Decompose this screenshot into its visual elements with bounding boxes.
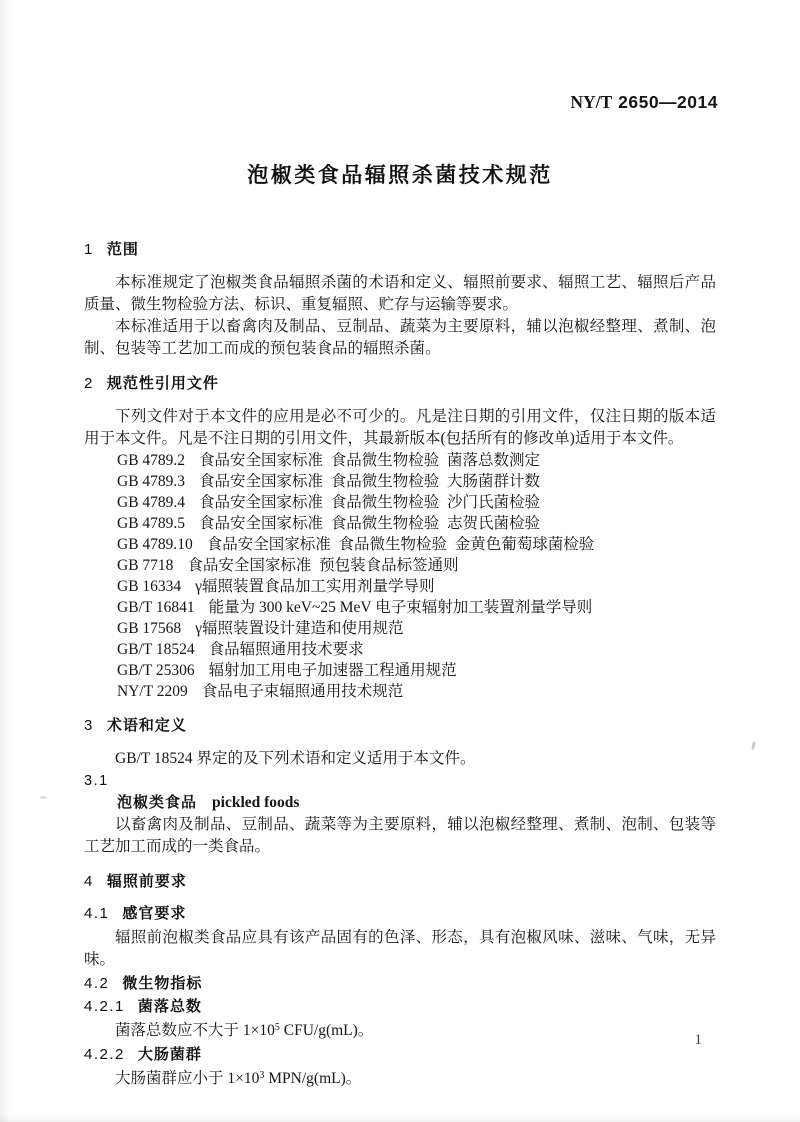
reference-title: γ辐照装置设计建造和使用规范 bbox=[195, 620, 403, 637]
reference-title: 能量为 300 keV~25 MeV 电子束辐射加工装置剂量学导则 bbox=[209, 599, 593, 616]
reference-item: GB 4789.10食品安全国家标准 食品微生物检验 金黄色葡萄球菌检验 bbox=[84, 534, 716, 555]
clause-number: 3 bbox=[84, 717, 94, 734]
reference-code: GB/T 18524 bbox=[117, 641, 195, 658]
clause-title: 规范性引用文件 bbox=[107, 375, 219, 392]
reference-code: GB/T 25306 bbox=[117, 662, 195, 679]
paragraph: 菌落总数应不大于 1×105 CFU/g(mL)。 bbox=[84, 1020, 716, 1042]
reference-code: GB/T 16841 bbox=[117, 599, 195, 616]
reference-title: 食品辐照通用技术要求 bbox=[209, 641, 364, 658]
clause-title: 菌落总数 bbox=[138, 998, 202, 1015]
reference-code: GB 4789.5 bbox=[117, 515, 185, 532]
clause-title: 辐照前要求 bbox=[107, 873, 187, 890]
clause-title: 大肠菌群 bbox=[138, 1046, 202, 1063]
reference-item: GB/T 25306辐射加工用电子加速器工程通用规范 bbox=[84, 660, 716, 681]
paragraph: 以畜禽肉及制品、豆制品、蔬菜等为主要原料，辅以泡椒经整理、煮制、泡制、包装等工艺… bbox=[84, 814, 716, 858]
clause-number: 4 bbox=[84, 873, 94, 890]
clause-heading: 4.2.2大肠菌群 bbox=[84, 1045, 716, 1065]
reference-item: GB 4789.2食品安全国家标准 食品微生物检验 菌落总数测定 bbox=[84, 450, 716, 471]
text-run: 菌落总数应不大于 1×10 bbox=[115, 1022, 275, 1039]
text-run: 大肠菌群应小于 1×10 bbox=[115, 1070, 259, 1087]
reference-item: GB 16334γ辐照装置食品加工实用剂量学导则 bbox=[84, 576, 716, 597]
reference-code: GB 4789.2 bbox=[117, 452, 185, 469]
paragraph: 辐照前泡椒类食品应具有该产品固有的色泽、形态，具有泡椒风味、滋味、气味，无异味。 bbox=[84, 927, 716, 971]
reference-item: NY/T 2209食品电子束辐照通用技术规范 bbox=[84, 681, 716, 702]
page-number: 1 bbox=[695, 1032, 703, 1049]
reference-title: 食品安全国家标准 食品微生物检验 大肠菌群计数 bbox=[199, 473, 540, 490]
reference-title: 辐射加工用电子加速器工程通用规范 bbox=[209, 662, 457, 679]
clause-number: 4.2 bbox=[84, 975, 109, 992]
reference-item: GB 4789.5食品安全国家标准 食品微生物检验 志贺氏菌检验 bbox=[84, 513, 716, 534]
document-body: 1范围本标准规定了泡椒类食品辐照杀菌的术语和定义、辐照前要求、辐照工艺、辐照后产… bbox=[84, 226, 716, 1090]
reference-code: GB 4789.10 bbox=[117, 536, 193, 553]
clause-heading: 4辐照前要求 bbox=[84, 872, 716, 892]
clause-heading: 3术语和定义 bbox=[84, 716, 716, 736]
reference-title: 食品安全国家标准 预包装食品标签通则 bbox=[187, 557, 458, 574]
text-run: CFU/g(mL)。 bbox=[280, 1022, 373, 1039]
standard-number-digits: 2650—2014 bbox=[618, 92, 718, 112]
term-english: pickled foods bbox=[212, 794, 299, 811]
reference-code: GB 16334 bbox=[117, 578, 181, 595]
paragraph: 大肠菌群应小于 1×103 MPN/g(mL)。 bbox=[84, 1068, 716, 1090]
standard-number: NY/T2650—2014 bbox=[570, 92, 718, 113]
scan-speck bbox=[40, 796, 47, 799]
paragraph: 本标准规定了泡椒类食品辐照杀菌的术语和定义、辐照前要求、辐照工艺、辐照后产品质量… bbox=[84, 272, 716, 316]
paragraph: 本标准适用于以畜禽肉及制品、豆制品、蔬菜为主要原料，辅以泡椒经整理、煮制、泡制、… bbox=[84, 316, 716, 360]
clause-number: 1 bbox=[84, 241, 94, 258]
term-heading: 泡椒类食品pickled foods bbox=[84, 792, 716, 814]
reference-item: GB 17568γ辐照装置设计建造和使用规范 bbox=[84, 618, 716, 639]
reference-title: 食品安全国家标准 食品微生物检验 沙门氏菌检验 bbox=[199, 494, 540, 511]
reference-code: GB 17568 bbox=[117, 620, 181, 637]
reference-code: GB 7718 bbox=[117, 557, 173, 574]
reference-title: 食品电子束辐照通用技术规范 bbox=[202, 683, 404, 700]
clause-heading: 4.2.1菌落总数 bbox=[84, 997, 716, 1017]
clause-heading: 4.2微生物指标 bbox=[84, 974, 716, 994]
reference-title: 食品安全国家标准 食品微生物检验 志贺氏菌检验 bbox=[199, 515, 540, 532]
clause-number: 4.1 bbox=[84, 905, 109, 922]
clause-number: 4.2.1 bbox=[84, 998, 125, 1015]
document-page: NY/T2650—2014 泡椒类食品辐照杀菌技术规范 1范围本标准规定了泡椒类… bbox=[0, 0, 800, 1122]
term-chinese: 泡椒类食品 bbox=[117, 794, 197, 811]
reference-item: GB 4789.4食品安全国家标准 食品微生物检验 沙门氏菌检验 bbox=[84, 492, 716, 513]
reference-code: NY/T 2209 bbox=[117, 683, 188, 700]
clause-number-standalone: 3.1 bbox=[84, 770, 716, 792]
paragraph: 下列文件对于本文件的应用是必不可少的。凡是注日期的引用文件，仅注日期的版本适用于… bbox=[84, 406, 716, 450]
standard-number-prefix: NY/T bbox=[570, 92, 612, 112]
reference-code: GB 4789.3 bbox=[117, 473, 185, 490]
clause-title: 术语和定义 bbox=[107, 717, 187, 734]
paragraph: GB/T 18524 界定的及下列术语和定义适用于本文件。 bbox=[84, 748, 716, 770]
clause-number: 2 bbox=[84, 375, 94, 392]
reference-title: 食品安全国家标准 食品微生物检验 菌落总数测定 bbox=[199, 452, 540, 469]
reference-item: GB 7718食品安全国家标准 预包装食品标签通则 bbox=[84, 555, 716, 576]
reference-title: γ辐照装置食品加工实用剂量学导则 bbox=[195, 578, 434, 595]
reference-item: GB 4789.3食品安全国家标准 食品微生物检验 大肠菌群计数 bbox=[84, 471, 716, 492]
clause-title: 微生物指标 bbox=[122, 975, 202, 992]
clause-heading: 4.1感官要求 bbox=[84, 904, 716, 924]
scan-speck bbox=[751, 741, 756, 750]
reference-code: GB 4789.4 bbox=[117, 494, 185, 511]
clause-title: 感官要求 bbox=[122, 905, 186, 922]
clause-heading: 2规范性引用文件 bbox=[84, 374, 716, 394]
reference-item: GB/T 16841能量为 300 keV~25 MeV 电子束辐射加工装置剂量… bbox=[84, 597, 716, 618]
document-title: 泡椒类食品辐照杀菌技术规范 bbox=[0, 159, 800, 189]
reference-item: GB/T 18524食品辐照通用技术要求 bbox=[84, 639, 716, 660]
reference-title: 食品安全国家标准 食品微生物检验 金黄色葡萄球菌检验 bbox=[207, 536, 595, 553]
clause-heading: 1范围 bbox=[84, 240, 716, 260]
clause-title: 范围 bbox=[107, 241, 139, 258]
text-run: MPN/g(mL)。 bbox=[264, 1070, 361, 1087]
clause-number: 4.2.2 bbox=[84, 1046, 125, 1063]
